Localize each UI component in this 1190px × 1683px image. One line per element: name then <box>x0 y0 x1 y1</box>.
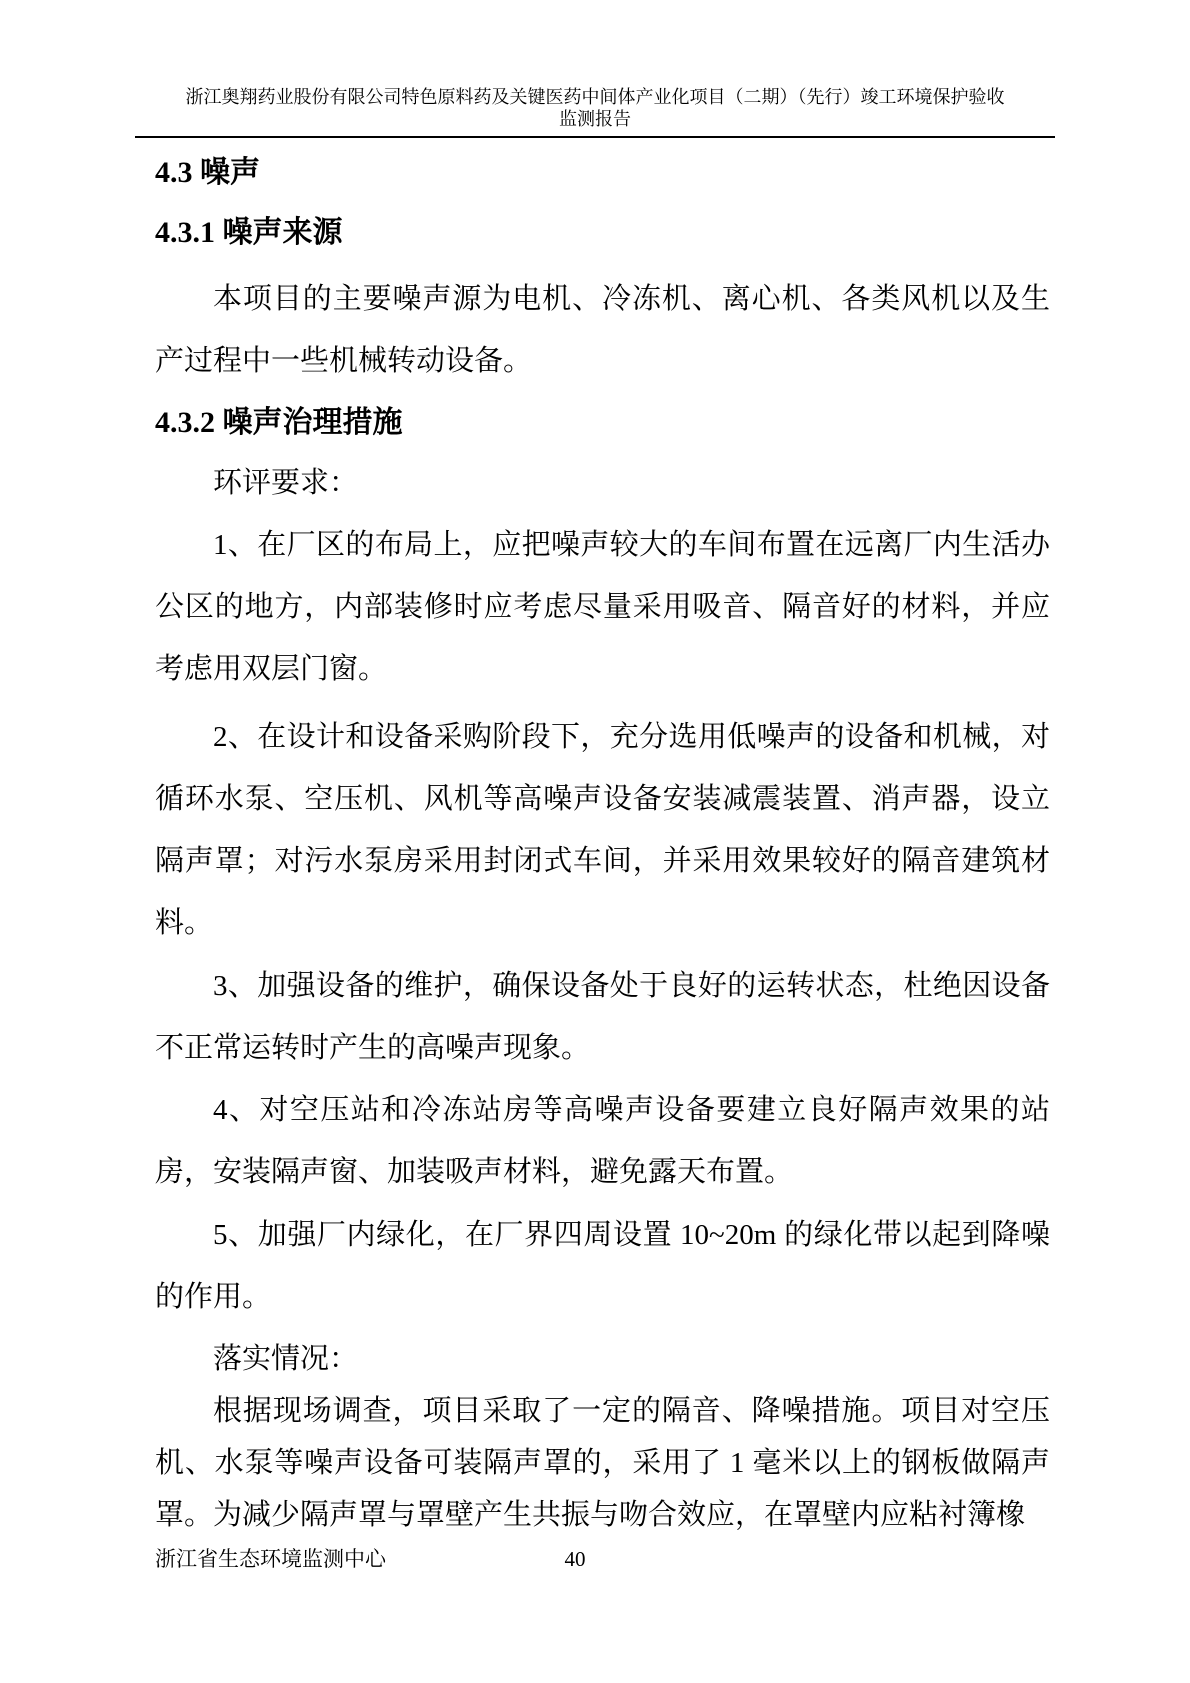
eia-requirements-label: 环评要求： <box>155 452 1050 514</box>
measure-item-1: 1、在厂区的布局上，应把噪声较大的车间布置在远离厂内生活办公区的地方，内部装修时… <box>155 514 1050 700</box>
header-title-line2: 监测报告 <box>135 108 1055 130</box>
measure-item-3: 3、加强设备的维护，确保设备处于良好的运转状态，杜绝因设备不正常运转时产生的高噪… <box>155 955 1050 1079</box>
implementation-label: 落实情况： <box>155 1328 1050 1390</box>
noise-source-paragraph: 本项目的主要噪声源为电机、冷冻机、离心机、各类风机以及生产过程中一些机械转动设备… <box>155 268 1050 392</box>
measure-item-4: 4、对空压站和冷冻站房等高噪声设备要建立良好隔声效果的站房，安装隔声窗、加装吸声… <box>155 1079 1050 1203</box>
footer-page-number: 40 <box>0 1546 1150 1572</box>
measure-item-2: 2、在设计和设备采购阶段下，充分选用低噪声的设备和机械，对循环水泵、空压机、风机… <box>155 706 1050 954</box>
document-page: 浙江奥翔药业股份有限公司特色原料药及关键医药中间体产业化项目（二期）（先行）竣工… <box>0 0 1190 1683</box>
measure-item-5: 5、加强厂内绿化，在厂界四周设置 10~20m 的绿化带以起到降噪的作用。 <box>155 1204 1050 1328</box>
document-body: 4.3 噪声 4.3.1 噪声来源 本项目的主要噪声源为电机、冷冻机、离心机、各… <box>155 137 1050 1541</box>
subsection-heading-4-3-1: 4.3.1 噪声来源 <box>155 213 1050 253</box>
page-header: 浙江奥翔药业股份有限公司特色原料药及关键医药中间体产业化项目（二期）（先行）竣工… <box>135 86 1055 138</box>
subsection-heading-4-3-2: 4.3.2 噪声治理措施 <box>155 403 1050 443</box>
header-title-line1: 浙江奥翔药业股份有限公司特色原料药及关键医药中间体产业化项目（二期）（先行）竣工… <box>135 86 1055 108</box>
implementation-paragraph: 根据现场调查，项目采取了一定的隔音、降噪措施。项目对空压机、水泵等噪声设备可装隔… <box>155 1385 1050 1541</box>
section-heading-4-3: 4.3 噪声 <box>155 153 1050 193</box>
